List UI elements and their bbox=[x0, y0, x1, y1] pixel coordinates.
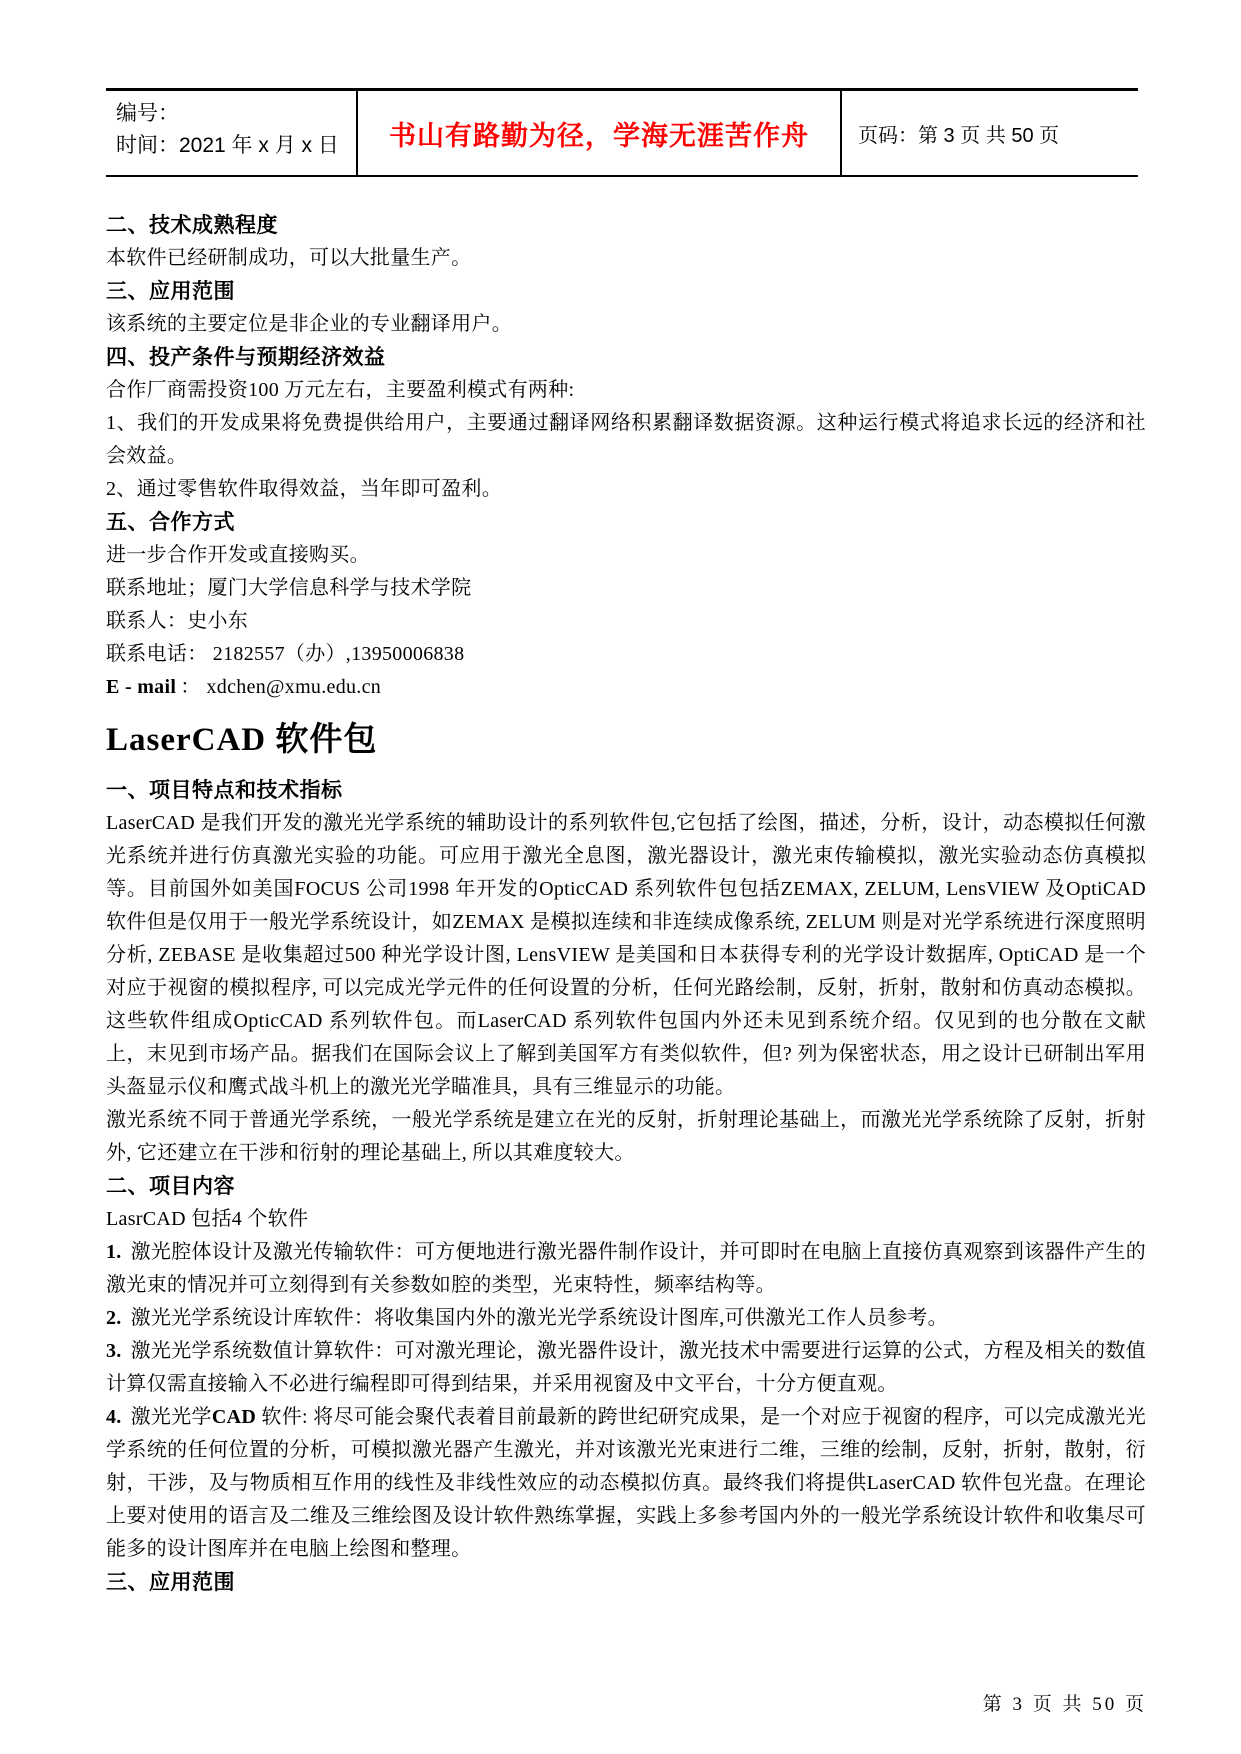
heading-project-content: 二、项目内容 bbox=[106, 1170, 1146, 1203]
item-number: 3. bbox=[106, 1340, 122, 1362]
slogan-banner: 书山有路勤为径，学海无涯苦作舟 bbox=[356, 91, 842, 175]
page-content: 编号： 时间：2021 年 x 月 x 日 书山有路勤为径，学海无涯苦作舟 页码… bbox=[106, 88, 1146, 1599]
email-label: E - mail bbox=[106, 676, 176, 698]
para-project-features-2: 激光系统不同于普通光学系统，一般光学系统是建立在光的反射，折射理论基础上，而激光… bbox=[106, 1104, 1146, 1170]
heading-application-scope-2: 三、应用范围 bbox=[106, 1566, 1146, 1599]
para-contact-person: 联系人：史小东 bbox=[106, 605, 1146, 638]
para-investment-mode-1: 1、我们的开发成果将免费提供给用户，主要通过翻译网络积累翻译数据资源。这种运行模… bbox=[106, 407, 1146, 473]
para-contact-phone: 联系电话： 2182557（办）,13950006838 bbox=[106, 638, 1146, 671]
document-number-field: 编号： bbox=[116, 98, 356, 130]
lasercad-title: LaserCAD 软件包 bbox=[106, 718, 1146, 762]
item-text-pre: 激光光学 bbox=[131, 1406, 212, 1428]
email-value: xdchen@xmu.edu.cn bbox=[207, 676, 382, 698]
item-number: 1. bbox=[106, 1241, 122, 1263]
para-software-count: LasrCAD 包括4 个软件 bbox=[106, 1203, 1146, 1236]
heading-project-features: 一、项目特点和技术指标 bbox=[106, 774, 1146, 807]
list-item-software-3: 3.激光光学系统数值计算软件：可对激光理论，激光器件设计，激光技术中需要进行运算… bbox=[106, 1335, 1146, 1401]
list-item-software-1: 1.激光腔体设计及激光传输软件：可方便地进行激光器件制作设计，并可即时在电脑上直… bbox=[106, 1236, 1146, 1302]
header-page-cell: 页码：第 3 页 共 50 页 bbox=[842, 91, 1138, 175]
item-text-rest: 软件: 将尽可能会聚代表着目前最新的跨世纪研究成果，是一个对应于视窗的程序，可以… bbox=[106, 1406, 1146, 1560]
page-number-field: 页码：第 3 页 共 50 页 bbox=[858, 119, 1059, 148]
header-table: 编号： 时间：2021 年 x 月 x 日 书山有路勤为径，学海无涯苦作舟 页码… bbox=[106, 88, 1138, 177]
email-separator: ： bbox=[180, 676, 200, 698]
header-left-cell: 编号： 时间：2021 年 x 月 x 日 bbox=[106, 91, 356, 175]
heading-investment: 四、投产条件与预期经济效益 bbox=[106, 341, 1146, 374]
footer-page-info: 第 3 页 共 50 页 bbox=[983, 1689, 1147, 1716]
slogan-text: 书山有路勤为径，学海无涯苦作舟 bbox=[389, 114, 809, 153]
para-investment-mode-2: 2、通过零售软件取得效益，当年即可盈利。 bbox=[106, 473, 1146, 506]
item-number: 4. bbox=[106, 1406, 122, 1428]
para-application-scope: 该系统的主要定位是非企业的专业翻译用户。 bbox=[106, 308, 1146, 341]
para-contact-email: E - mail：xdchen@xmu.edu.cn bbox=[106, 671, 1146, 704]
item-text: 激光光学系统设计库软件：将收集国内外的激光光学系统设计图库,可供激光工作人员参考… bbox=[131, 1307, 948, 1329]
list-item-software-4: 4.激光光学CAD 软件: 将尽可能会聚代表着目前最新的跨世纪研究成果，是一个对… bbox=[106, 1401, 1146, 1566]
item-number: 2. bbox=[106, 1307, 122, 1329]
heading-application-scope: 三、应用范围 bbox=[106, 275, 1146, 308]
heading-cooperation: 五、合作方式 bbox=[106, 506, 1146, 539]
para-project-features-1: LaserCAD 是我们开发的激光光学系统的辅助设计的系列软件包,它包括了绘图，… bbox=[106, 807, 1146, 1104]
para-tech-maturity: 本软件已经研制成功，可以大批量生产。 bbox=[106, 242, 1146, 275]
para-investment-intro: 合作厂商需投资100 万元左右，主要盈利模式有两种: bbox=[106, 374, 1146, 407]
document-page: 编号： 时间：2021 年 x 月 x 日 书山有路勤为径，学海无涯苦作舟 页码… bbox=[0, 0, 1241, 1754]
list-item-software-2: 2.激光光学系统设计库软件：将收集国内外的激光光学系统设计图库,可供激光工作人员… bbox=[106, 1302, 1146, 1335]
item-text-cad: CAD bbox=[212, 1406, 256, 1428]
document-date-field: 时间：2021 年 x 月 x 日 bbox=[116, 130, 356, 162]
para-contact-address: 联系地址；厦门大学信息科学与技术学院 bbox=[106, 572, 1146, 605]
item-text: 激光光学系统数值计算软件：可对激光理论，激光器件设计，激光技术中需要进行运算的公… bbox=[106, 1340, 1146, 1395]
item-text: 激光腔体设计及激光传输软件：可方便地进行激光器件制作设计，并可即时在电脑上直接仿… bbox=[106, 1241, 1146, 1296]
para-cooperation: 进一步合作开发或直接购买。 bbox=[106, 539, 1146, 572]
heading-tech-maturity: 二、技术成熟程度 bbox=[106, 209, 1146, 242]
